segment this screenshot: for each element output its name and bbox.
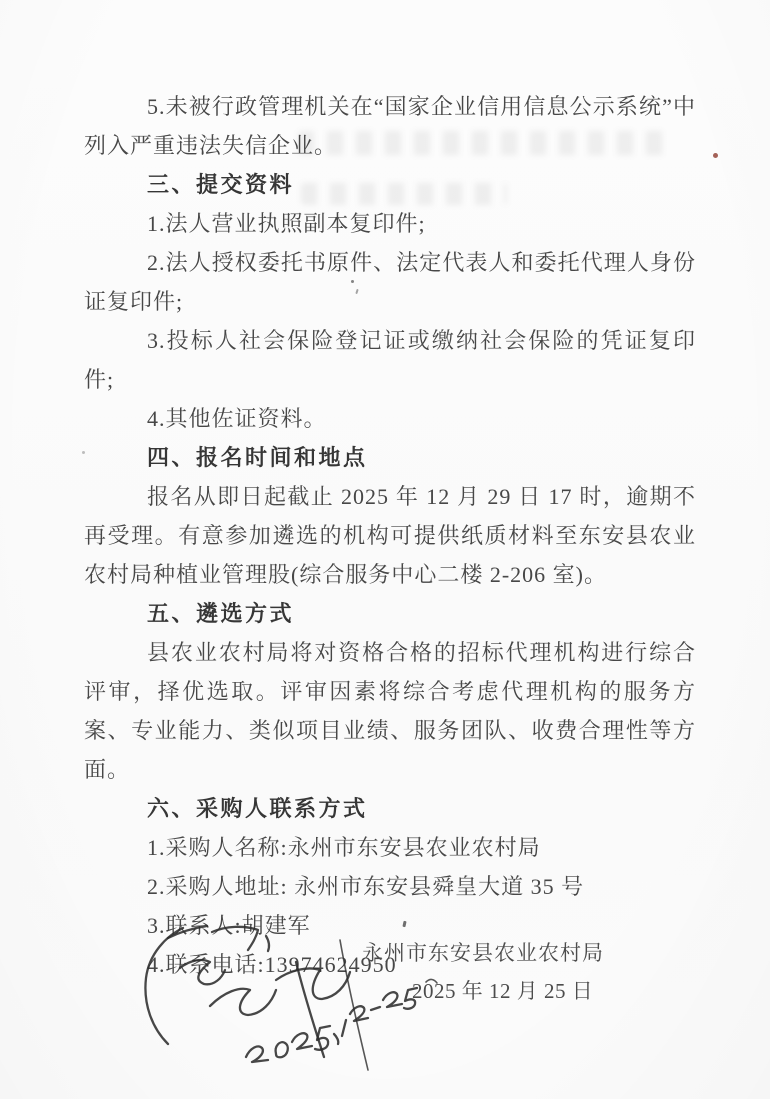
section-heading: 六、采购人联系方式 [84,789,696,828]
paragraph: 1.采购人名称:永州市东安县农业农村局 [84,828,696,867]
section-heading: 五、遴选方式 [84,594,696,633]
section-heading: 三、提交资料 [84,165,696,204]
paragraph: 1.法人营业执照副本复印件; [84,204,696,243]
handwritten-signature [128,902,448,1084]
paragraph: 2.法人授权委托书原件、法定代表人和委托代理人身份证复印件; [84,243,696,321]
scan-speck [713,153,718,158]
paragraph: 3.投标人社会保险登记证或缴纳社会保险的凭证复印件; [84,321,696,399]
paragraph: 2.采购人地址: 永州市东安县舜皇大道 35 号 [84,867,696,906]
issuer-organization: 永州市东安县农业农村局 [362,940,604,966]
issue-date: 2025 年 12 月 25 日 [412,978,593,1004]
section-heading: 四、报名时间和地点 [84,438,696,477]
document-body: 5.未被行政管理机关在“国家企业信用信息公示系统”中列入严重违法失信企业。三、提… [84,87,696,984]
paragraph: 县农业农村局将对资格合格的招标代理机构进行综合评审，择优选取。评审因素将综合考虑… [84,633,696,789]
paragraph: 4.其他佐证资料。 [84,399,696,438]
paragraph: 报名从即日起截止 2025 年 12 月 29 日 17 时，逾期不再受理。有意… [84,477,696,594]
scanned-document-page: 5.未被行政管理机关在“国家企业信用信息公示系统”中列入严重违法失信企业。三、提… [0,0,770,1099]
paragraph: 5.未被行政管理机关在“国家企业信用信息公示系统”中列入严重违法失信企业。 [84,87,696,165]
